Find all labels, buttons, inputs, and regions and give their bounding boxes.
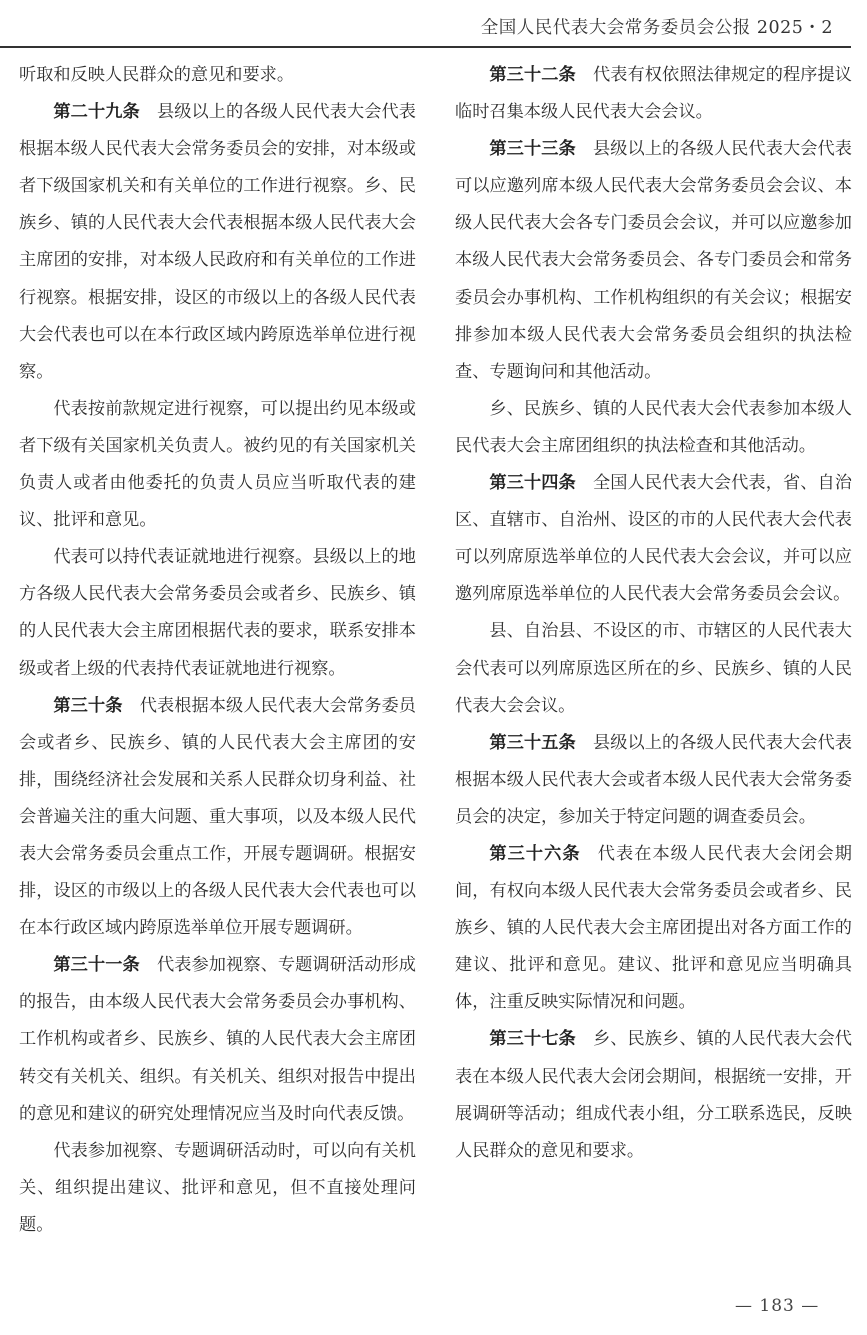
paragraph: 县、自治县、不设区的市、市辖区的人民代表大会代表可以列席原选区所在的乡、民族乡、… bbox=[455, 613, 852, 724]
right-column: 第三十二条代表有权依照法律规定的程序提议临时召集本级人民代表大会会议。 第三十三… bbox=[455, 57, 852, 1170]
article-heading: 第三十六条 bbox=[489, 844, 580, 864]
article-paragraph: 第三十二条代表有权依照法律规定的程序提议临时召集本级人民代表大会会议。 bbox=[455, 57, 852, 131]
article-paragraph: 第三十三条县级以上的各级人民代表大会代表可以应邀列席本级人民代表大会常务委员会会… bbox=[455, 131, 852, 391]
paragraph-text: 代表参加视察、专题调研活动时，可以向有关机关、组织提出建议、批评和意见，但不直接… bbox=[19, 1141, 416, 1235]
article-heading: 第三十七条 bbox=[489, 1029, 575, 1049]
article-paragraph: 第三十六条代表在本级人民代表大会闭会期间，有权向本级人民代表大会常务委员会或者乡… bbox=[455, 836, 852, 1021]
paragraph-text: 代表可以持代表证就地进行视察。县级以上的地方各级人民代表大会常务委员会或者乡、民… bbox=[19, 547, 416, 678]
article-heading: 第三十一条 bbox=[53, 955, 139, 975]
paragraph-text: 乡、民族乡、镇的人民代表大会代表在本级人民代表大会闭会期间，根据统一安排，开展调… bbox=[455, 1029, 852, 1160]
left-column: 听取和反映人民群众的意见和要求。 第二十九条县级以上的各级人民代表大会代表根据本… bbox=[19, 57, 416, 1244]
paragraph-text: 县级以上的各级人民代表大会代表可以应邀列席本级人民代表大会常务委员会会议、本级人… bbox=[455, 139, 852, 382]
page-number: — 183 — bbox=[735, 1296, 819, 1316]
paragraph-text: 县级以上的各级人民代表大会代表根据本级人民代表大会常务委员会的安排，对本级或者下… bbox=[19, 102, 416, 382]
article-heading: 第二十九条 bbox=[53, 102, 139, 122]
paragraph: 乡、民族乡、镇的人民代表大会代表参加本级人民代表大会主席团组织的执法检查和其他活… bbox=[455, 391, 852, 465]
paragraph: 代表可以持代表证就地进行视察。县级以上的地方各级人民代表大会常务委员会或者乡、民… bbox=[19, 539, 416, 687]
paragraph-text: 县、自治县、不设区的市、市辖区的人民代表大会代表可以列席原选区所在的乡、民族乡、… bbox=[455, 621, 852, 715]
article-paragraph: 第二十九条县级以上的各级人民代表大会代表根据本级人民代表大会常务委员会的安排，对… bbox=[19, 94, 416, 391]
article-paragraph: 第三十一条代表参加视察、专题调研活动形成的报告，由本级人民代表大会常务委员会办事… bbox=[19, 947, 416, 1132]
paragraph-text: 代表参加视察、专题调研活动形成的报告，由本级人民代表大会常务委员会办事机构、工作… bbox=[19, 955, 416, 1123]
article-heading: 第三十三条 bbox=[489, 139, 575, 159]
article-heading: 第三十五条 bbox=[489, 733, 575, 753]
paragraph-text: 听取和反映人民群众的意见和要求。 bbox=[19, 65, 294, 85]
article-heading: 第三十二条 bbox=[489, 65, 575, 85]
article-paragraph: 第三十五条县级以上的各级人民代表大会代表根据本级人民代表大会或者本级人民代表大会… bbox=[455, 725, 852, 836]
article-paragraph: 第三十四条全国人民代表大会代表，省、自治区、直辖市、自治州、设区的市的人民代表大… bbox=[455, 465, 852, 613]
paragraph-text: 代表根据本级人民代表大会常务委员会或者乡、民族乡、镇的人民代表大会主席团的安排，… bbox=[19, 696, 416, 939]
article-heading: 第三十四条 bbox=[489, 473, 575, 493]
article-heading: 第三十条 bbox=[53, 696, 122, 716]
article-paragraph: 第三十条代表根据本级人民代表大会常务委员会或者乡、民族乡、镇的人民代表大会主席团… bbox=[19, 688, 416, 948]
paragraph-text: 代表在本级人民代表大会闭会期间，有权向本级人民代表大会常务委员会或者乡、民族乡、… bbox=[455, 844, 852, 1012]
paragraph-text: 乡、民族乡、镇的人民代表大会代表参加本级人民代表大会主席团组织的执法检查和其他活… bbox=[455, 399, 852, 456]
page-header: 全国人民代表大会常务委员会公报 2025・2 bbox=[0, 0, 851, 48]
article-paragraph: 第三十七条乡、民族乡、镇的人民代表大会代表在本级人民代表大会闭会期间，根据统一安… bbox=[455, 1021, 852, 1169]
paragraph: 代表按前款规定进行视察，可以提出约见本级或者下级有关国家机关负责人。被约见的有关… bbox=[19, 391, 416, 539]
publication-title: 全国人民代表大会常务委员会公报 2025・2 bbox=[481, 14, 833, 39]
paragraph-text: 代表按前款规定进行视察，可以提出约见本级或者下级有关国家机关负责人。被约见的有关… bbox=[19, 399, 416, 530]
paragraph: 代表参加视察、专题调研活动时，可以向有关机关、组织提出建议、批评和意见，但不直接… bbox=[19, 1133, 416, 1244]
paragraph: 听取和反映人民群众的意见和要求。 bbox=[19, 57, 416, 94]
